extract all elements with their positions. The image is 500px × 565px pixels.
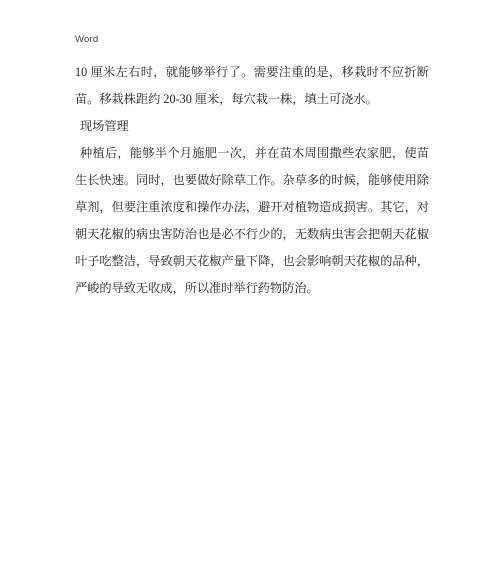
text-line: 朝天花椒的病虫害防治也是必不行少的，无数病虫害会把朝天花椒 xyxy=(75,221,429,248)
text-line: 生长快速。同时，也要做好除草工作。杂草多的时候，能够使用除 xyxy=(75,167,429,194)
text-line: 种植后，能够半个月施肥一次，并在苗木周围撒些农家肥，使苗木 xyxy=(75,140,429,167)
text-line: 10 厘米左右时，就能够举行了。需要注重的是，移栽时不应折断秧 xyxy=(75,59,429,86)
text-line: 草剂，但要注重浓度和操作办法，避开对植物造成损害。其它，对 xyxy=(75,194,429,221)
text-line: 严峻的导致无收成，所以准时举行药物防治。 xyxy=(75,275,429,302)
section-heading: 现场管理 xyxy=(75,113,429,140)
document-canvas: 10 厘米左右时，就能够举行了。需要注重的是，移栽时不应折断秧 苗。移栽株距约 … xyxy=(75,59,429,302)
word-app-label: Word xyxy=(75,34,98,45)
text-line: 叶子吃整洁，导致朝天花椒产量下降，也会影响朝天花椒的品种， xyxy=(75,248,429,275)
text-line: 苗。移栽株距约 20-30 厘米，每穴栽一株，填土可浇水。 xyxy=(75,86,429,113)
